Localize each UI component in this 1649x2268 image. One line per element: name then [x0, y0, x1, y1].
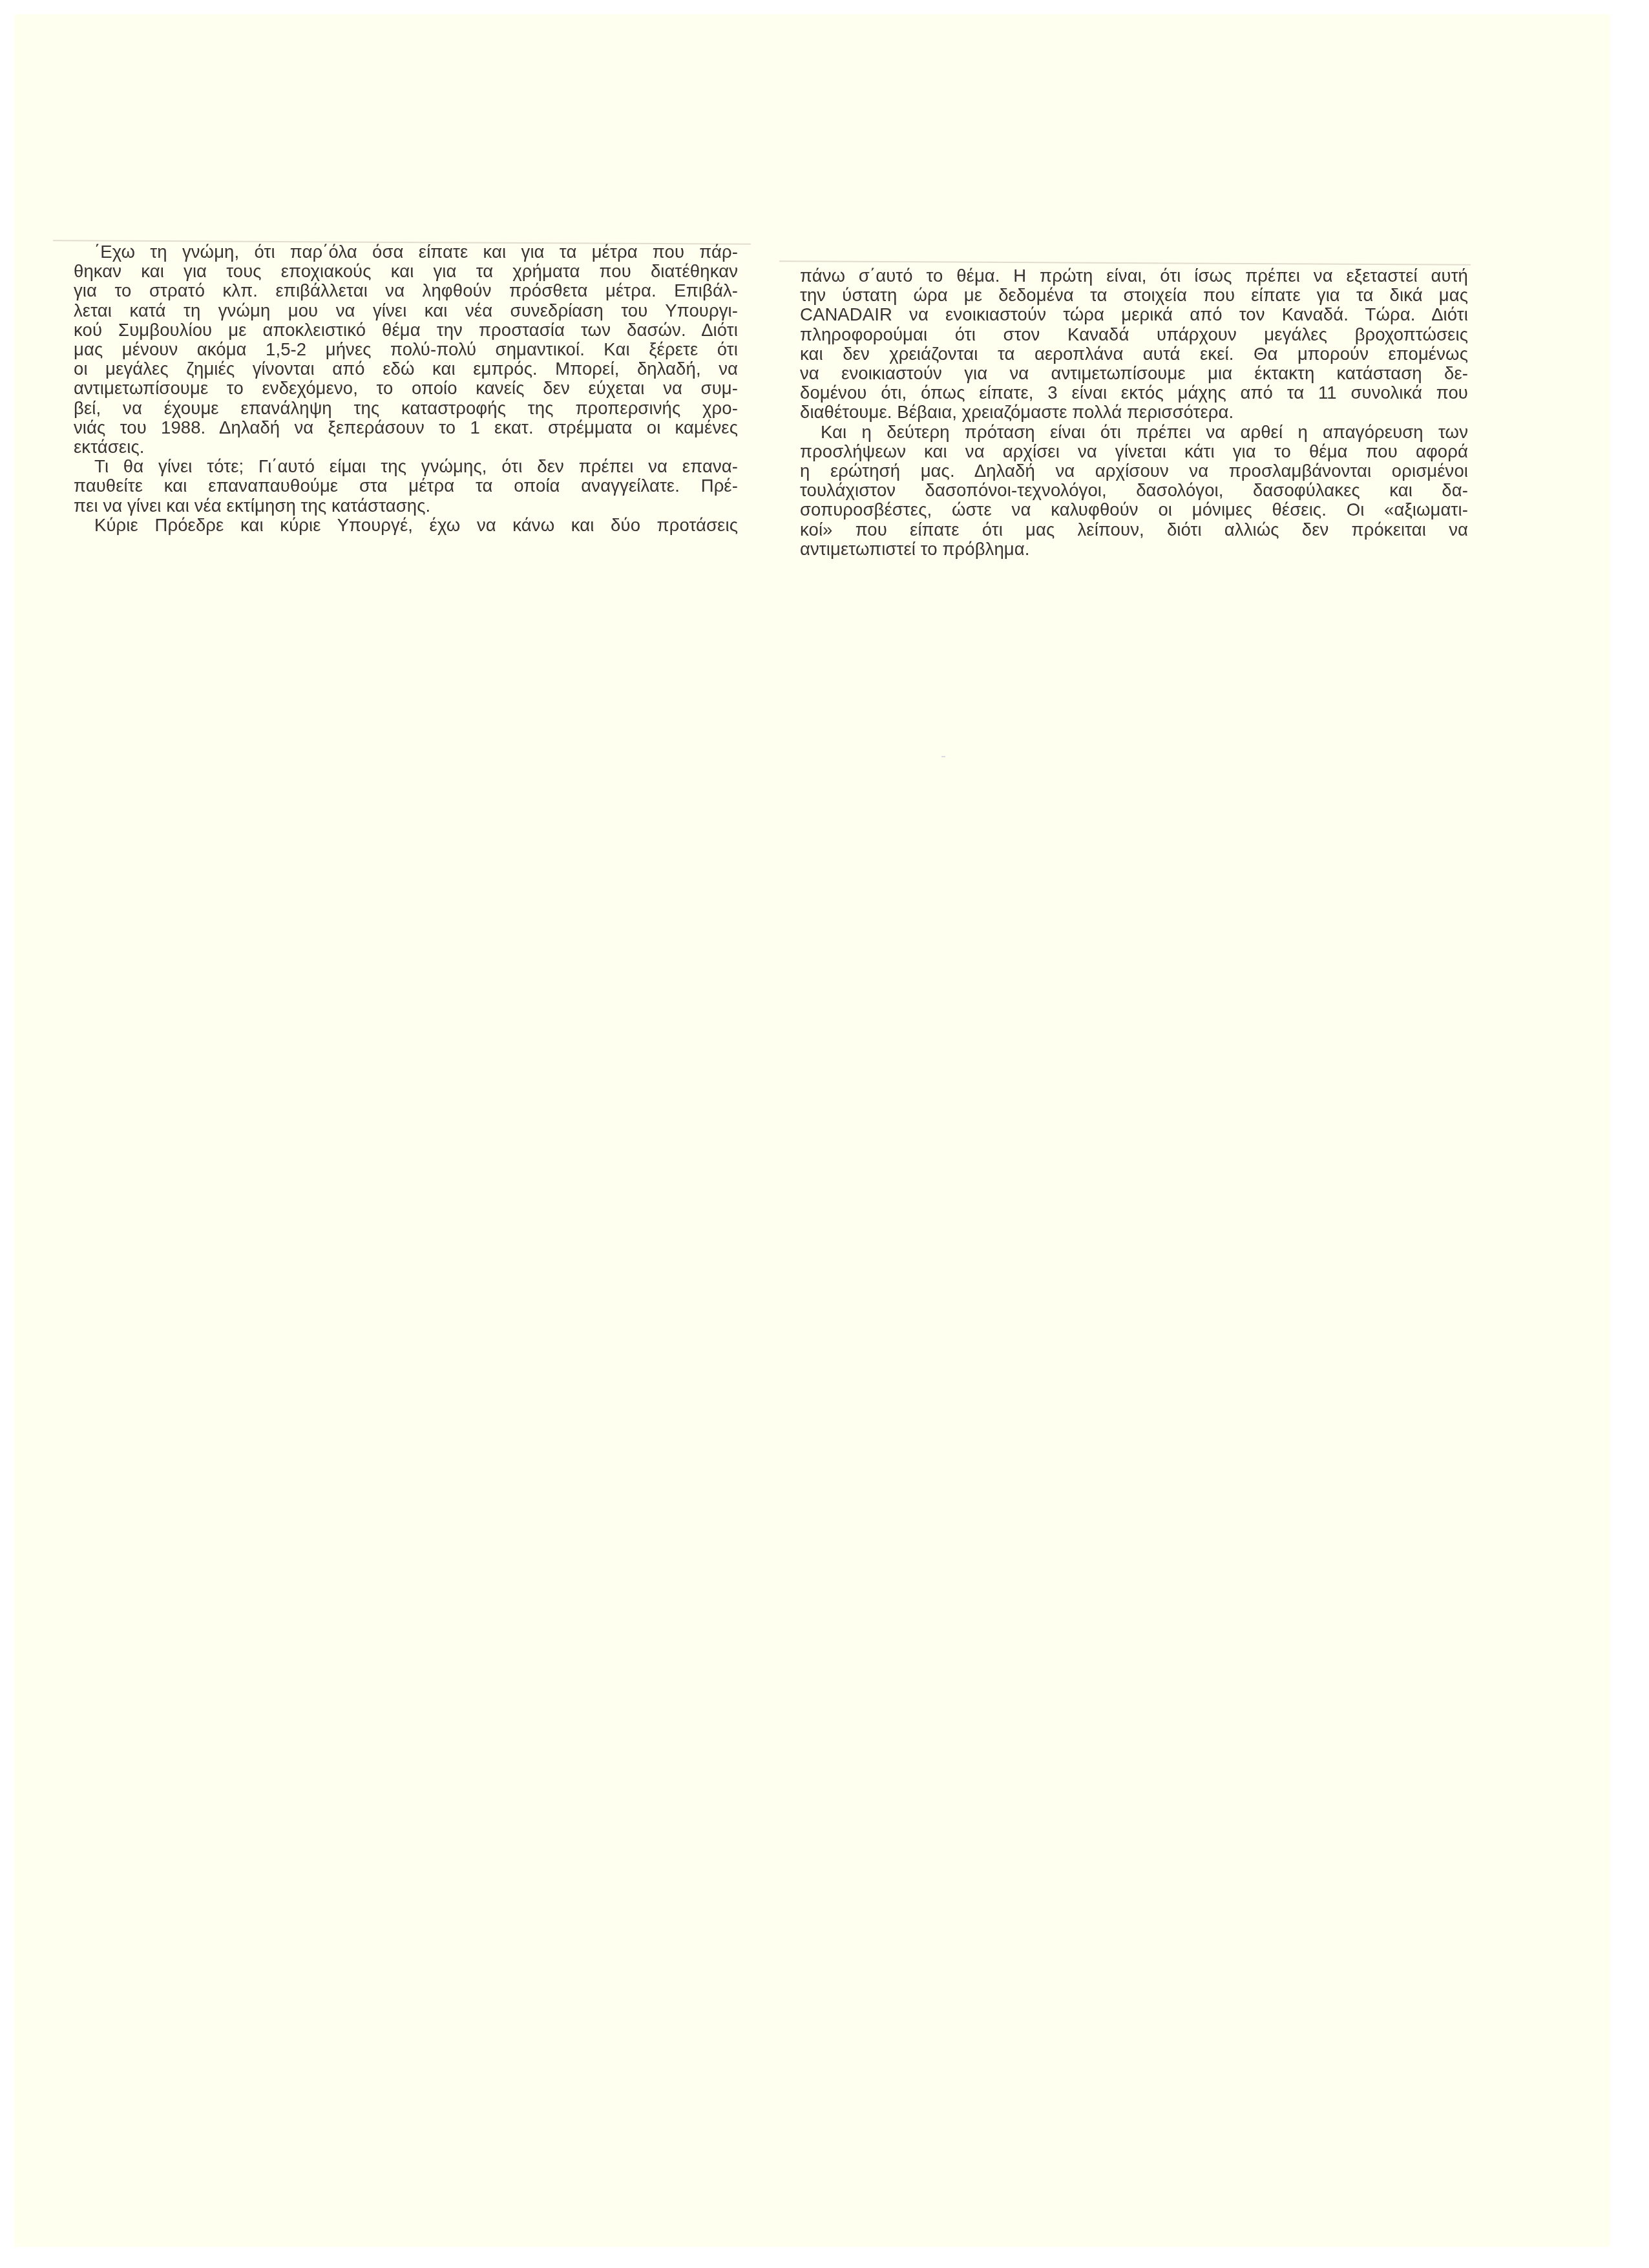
- text-column-right: πάνω σ΄αυτό το θέμα. Η πρώτη είναι, ότι …: [779, 266, 1468, 559]
- text-line: πει να γίνει και νέα εκτίμηση της κατάστ…: [53, 496, 738, 516]
- scan-speck: [941, 756, 945, 757]
- column-top-rule-right: [779, 260, 1471, 266]
- text-line: Και η δεύτερη πρόταση είναι ότι πρέπει ν…: [779, 423, 1468, 442]
- paragraph-1: ΄Εχω τη γνώμη, ότι παρ΄όλα όσα είπατε κα…: [53, 242, 738, 457]
- text-line: αντιμετωπιστεί το πρόβλημα.: [779, 540, 1468, 559]
- text-line: νιάς του 1988. Δηλαδή να ξεπεράσουν το 1…: [53, 418, 738, 437]
- text-line: κοί» που είπατε ότι μας λείπουν, διότι α…: [779, 520, 1468, 540]
- text-line: μας μένουν ακόμα 1,5-2 μήνες πολύ-πολύ σ…: [53, 340, 738, 359]
- text-line: κού Συμβουλίου με αποκλειστικό θέμα την …: [53, 320, 738, 340]
- text-line: δομένου ότι, όπως είπατε, 3 είναι εκτός …: [779, 383, 1468, 403]
- text-line: αντιμετωπίσουμε το ενδεχόμενο, το οποίο …: [53, 379, 738, 398]
- text-line: πληροφορούμαι ότι στον Καναδά υπάρχουν μ…: [779, 325, 1468, 344]
- scanned-page: ΄Εχω τη γνώμη, ότι παρ΄όλα όσα είπατε κα…: [14, 14, 1610, 2247]
- paragraph-3: Κύριε Πρόεδρε και κύριε Υπουργέ, έχω να …: [53, 516, 738, 535]
- text-line: παυθείτε και επαναπαυθούμε στα μέτρα τα …: [53, 476, 738, 496]
- text-line: εκτάσεις.: [53, 437, 738, 457]
- text-line: η ερώτησή μας. Δηλαδή να αρχίσουν να προ…: [779, 461, 1468, 481]
- text-column-left: ΄Εχω τη γνώμη, ότι παρ΄όλα όσα είπατε κα…: [53, 242, 738, 535]
- text-line: για το στρατό κλπ. επιβάλλεται να ληφθού…: [53, 281, 738, 300]
- text-line: ΄Εχω τη γνώμη, ότι παρ΄όλα όσα είπατε κα…: [53, 242, 738, 262]
- text-line: σοπυροσβέστες, ώστε να καλυφθούν οι μόνι…: [779, 500, 1468, 520]
- text-line: τουλάχιστον δασοπόνοι-τεχνολόγοι, δασολό…: [779, 481, 1468, 500]
- text-line: λεται κατά τη γνώμη μου να γίνει και νέα…: [53, 301, 738, 320]
- text-line: πάνω σ΄αυτό το θέμα. Η πρώτη είναι, ότι …: [779, 266, 1468, 286]
- text-line: διαθέτουμε. Βέβαια, χρειαζόμαστε πολλά π…: [779, 403, 1468, 422]
- text-line: βεί, να έχουμε επανάληψη της καταστροφής…: [53, 399, 738, 418]
- paragraph-3-continued: πάνω σ΄αυτό το θέμα. Η πρώτη είναι, ότι …: [779, 266, 1468, 423]
- text-line: προσλήψεων και να αρχίσει να γίνεται κάτ…: [779, 442, 1468, 461]
- paragraph-4: Και η δεύτερη πρόταση είναι ότι πρέπει ν…: [779, 423, 1468, 559]
- text-line: θηκαν και για τους εποχιακούς και για τα…: [53, 262, 738, 281]
- text-line: CANADAIR να ενοικιαστούν τώρα μερικά από…: [779, 305, 1468, 324]
- text-line: Τι θα γίνει τότε; Γι΄αυτό είμαι της γνώμ…: [53, 457, 738, 476]
- text-line: οι μεγάλες ζημιές γίνονται από εδώ και ε…: [53, 359, 738, 379]
- text-line: να ενοικιαστούν για να αντιμετωπίσουμε μ…: [779, 364, 1468, 383]
- text-line: και δεν χρειάζονται τα αεροπλάνα αυτά εκ…: [779, 344, 1468, 364]
- text-line: Κύριε Πρόεδρε και κύριε Υπουργέ, έχω να …: [53, 516, 738, 535]
- paragraph-2: Τι θα γίνει τότε; Γι΄αυτό είμαι της γνώμ…: [53, 457, 738, 516]
- text-line: την ύστατη ώρα με δεδομένα τα στοιχεία π…: [779, 286, 1468, 305]
